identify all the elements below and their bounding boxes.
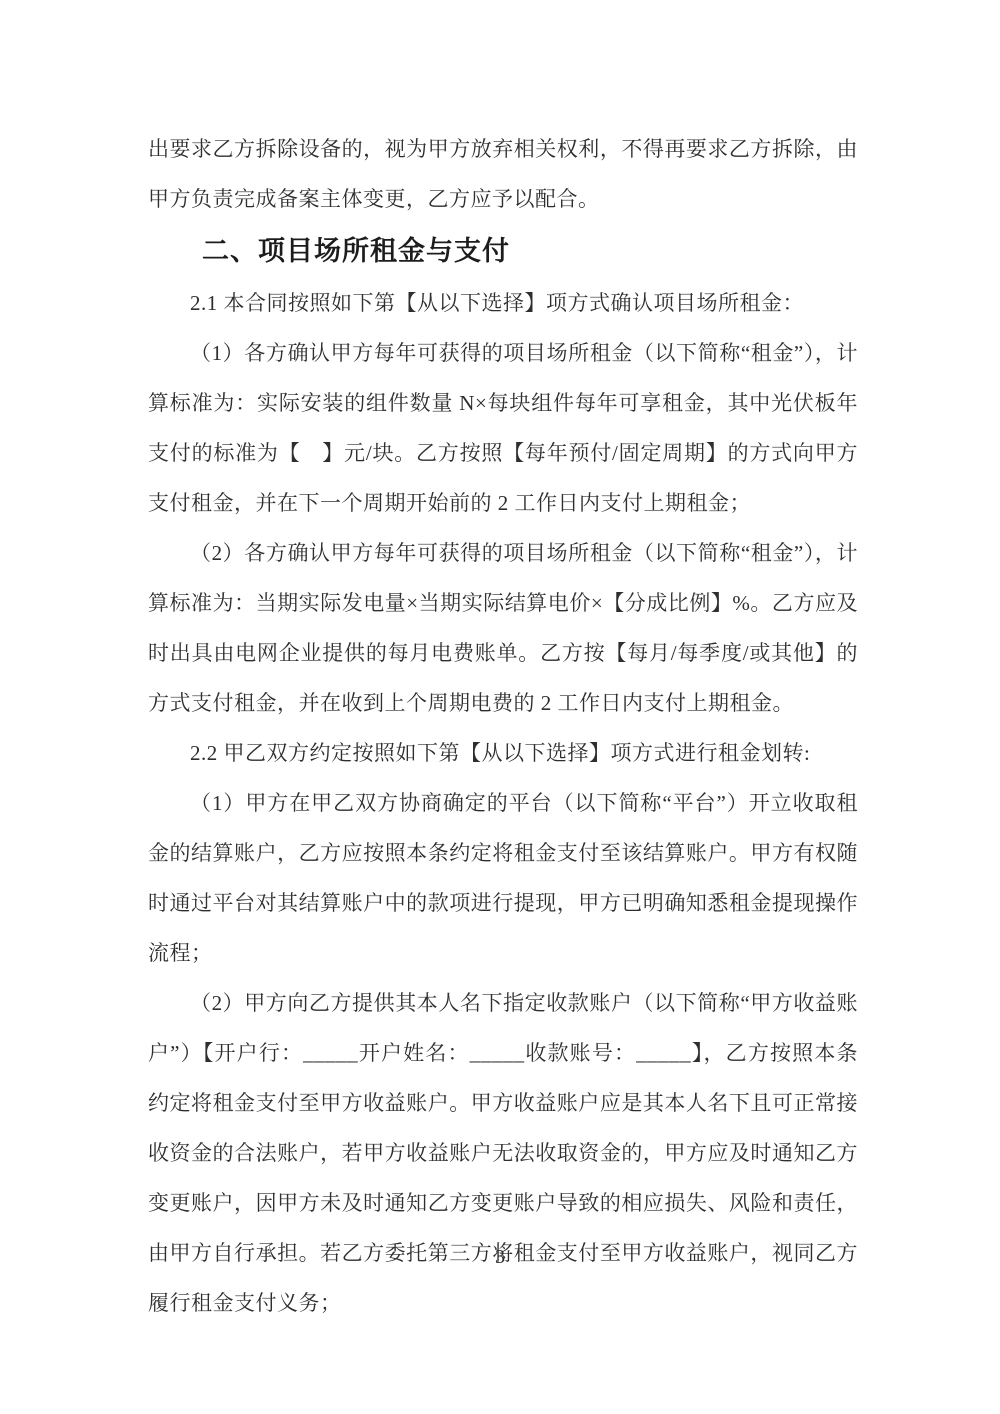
section-heading-rent-and-payment: 二、项目场所租金与支付 <box>148 224 858 278</box>
clause-2-2-item-1: （1）甲方在甲乙双方协商确定的平台（以下简称“平台”）开立收取租金的结算账户，乙… <box>148 778 858 978</box>
clause-2-2: 2.2 甲乙双方约定按照如下第【从以下选择】项方式进行租金划转: <box>148 728 858 778</box>
clause-2-2-item-2: （2）甲方向乙方提供其本人名下指定收款账户（以下简称“甲方收益账户”）【开户行：… <box>148 978 858 1328</box>
page-number: 3 <box>0 1243 1000 1271</box>
document-content: 出要求乙方拆除设备的，视为甲方放弃相关权利，不得再要求乙方拆除，由甲方负责完成备… <box>148 124 858 1328</box>
clause-2-1: 2.1 本合同按照如下第【从以下选择】项方式确认项目场所租金： <box>148 278 858 328</box>
clause-2-1-item-2: （2）各方确认甲方每年可获得的项目场所租金（以下简称“租金”），计算标准为：当期… <box>148 528 858 728</box>
paragraph-continuation: 出要求乙方拆除设备的，视为甲方放弃相关权利，不得再要求乙方拆除，由甲方负责完成备… <box>148 124 858 224</box>
clause-2-1-item-1: （1）各方确认甲方每年可获得的项目场所租金（以下简称“租金”），计算标准为：实际… <box>148 328 858 528</box>
document-page: 出要求乙方拆除设备的，视为甲方放弃相关权利，不得再要求乙方拆除，由甲方负责完成备… <box>0 0 1000 1414</box>
